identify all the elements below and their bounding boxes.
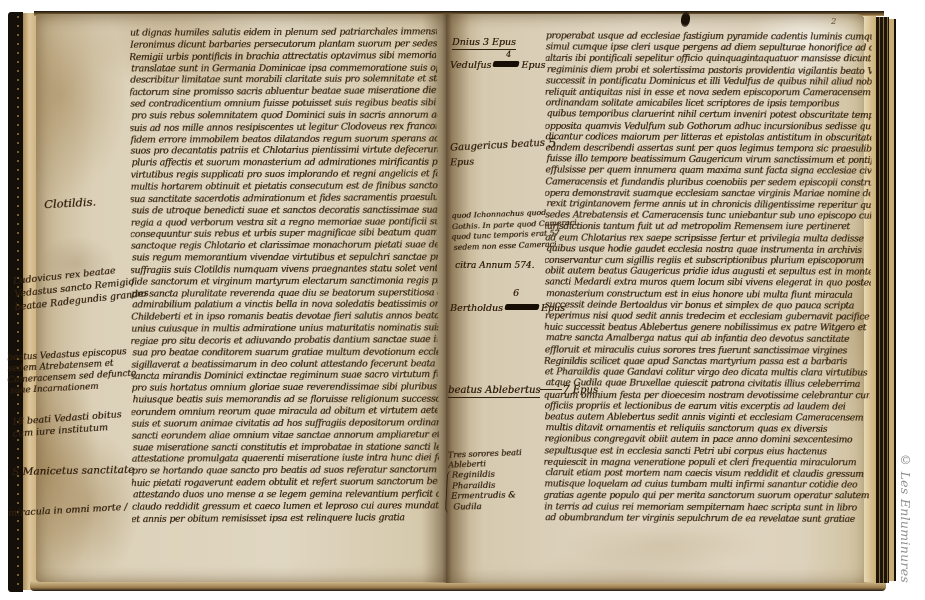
manuscript-line: suis ad nos mille annos resipiscentes ut…	[130, 121, 436, 135]
manuscript-line: iurisdictionis tantum fuit ut ad metropo…	[544, 221, 870, 232]
manuscript-line: eorundem omnium reorum quae miracula ad …	[131, 405, 438, 419]
manuscript-line: regionibus congregavit obiit autem in pa…	[544, 434, 870, 446]
fore-edge-page-block	[876, 17, 889, 583]
manuscript-line: Cameracensis et fundandis pluribus coeno…	[545, 176, 871, 188]
gutter-note-dominicus: Dnius 3 Epus	[452, 37, 516, 50]
ink-smear-bar	[504, 304, 539, 310]
gutter-note-vedulfus-name: Vedulfus	[450, 60, 491, 71]
manuscript-line: sua sanctitate sacerdotis admirationum e…	[130, 192, 437, 206]
manuscript-line: rexit trigintanovem ferme annis ut in ch…	[546, 198, 872, 211]
manuscript-line: atque Gudila quae Bruxellae quiescit pat…	[546, 377, 872, 390]
gutter-note-number-6: 6	[513, 288, 519, 299]
gutter-note-sisters-list: ReginildisPharaildisErmentrudis &Gudila	[452, 469, 517, 512]
manuscript-line: pro suis rebus solemnitatem quod Dominic…	[131, 110, 438, 123]
gutter-note-number-4: 4	[506, 50, 511, 59]
fore-edge-cover	[889, 19, 896, 581]
manuscript-line: Remigii urbis pontificis in brachia attr…	[130, 50, 436, 64]
gutter-note-gaugericus-title: Epus	[450, 157, 474, 169]
manuscript-line: claruit etiam post mortem nam caecis vis…	[545, 467, 871, 480]
manuscript-line: requiescit in magna veneratione populi e…	[544, 457, 869, 468]
manuscript-line: opposita quamvis Vedulfum sub Gothorum a…	[545, 120, 871, 131]
gutter-note-ablebertus-name: beatus Ablebertus	[448, 385, 540, 398]
manuscript-line: fide sanctorum et virginum martyrum elec…	[131, 275, 438, 288]
manuscript-line: quarum omnium festa per dioecesim nostra…	[544, 389, 869, 400]
manuscript-line: conservantur cum sigillis regiis et subs…	[544, 255, 870, 266]
manuscript-line: multis ditavit ornamentis et reliquiis s…	[545, 422, 871, 435]
manuscript-line: effulsisse per quem innumera quam maxima…	[545, 165, 871, 177]
manuscript-line: ad obumbrandum ter virginis sepulchrum d…	[545, 512, 871, 525]
right-page-text-block: properabat usque ad ecclesiae fastigium …	[544, 30, 872, 527]
manuscript-line: sua pro beatae conditorem suarum gratiae…	[132, 346, 439, 359]
margin-note-manicetus: S Manicetus sanctitate	[12, 464, 134, 478]
photo-canvas: ut dignas humiles salutis eidem in plenu…	[0, 0, 925, 600]
manuscript-line: effloruit et miraculis cuius sorores tre…	[545, 344, 871, 356]
manuscript-line: fuisse illo tempore beatissimum Gaugeric…	[546, 153, 871, 166]
gutter-note-vedulfus: VedulfusEpus	[450, 60, 545, 71]
manuscript-line: reliquit antiquitas nisi in esse et nova…	[545, 87, 871, 98]
manuscript-line: quibus temporibus claruerint nihil certu…	[547, 109, 872, 122]
folio-number: 2	[831, 17, 836, 27]
manuscript-line: suis de utroque benedicti suae et sancto…	[132, 204, 439, 217]
left-page-text-block: ut dignas humiles salutis eidem in plenu…	[130, 26, 439, 529]
margin-note-vedastus: beatus Vedastus episcopussedem Atrebaten…	[7, 347, 138, 398]
manuscript-line: successit in pontificatu Dominicus et il…	[546, 75, 872, 87]
manuscript-line: factorum sine promisso sacris abluentur …	[130, 85, 436, 99]
margin-note-clotildis: Clotildis.	[44, 195, 97, 212]
manuscript-line: gratias agente populo qui per merita san…	[544, 490, 869, 501]
ink-smear-bar	[493, 61, 520, 67]
manuscript-line: altaris ibi pontificali sepelitur offici…	[545, 53, 871, 64]
manuscript-line: suffragiis suis Clotildis numquam vivens…	[130, 263, 437, 277]
manuscript-line: sancti eorundem aliae omnium vitae sanct…	[132, 429, 439, 442]
manuscript-line: suae miseratione sancti constitutis et i…	[133, 441, 439, 454]
manuscript-line: attestando duos uno mense a se legem gem…	[133, 489, 439, 502]
manuscript-line: translatae sunt in Germania Dominicae ip…	[131, 62, 438, 75]
manuscript-line: Reginildis scilicet quae apud Sanctas ma…	[544, 356, 870, 367]
manuscript-line: regiae pro situ decoris et adiuvando pro…	[130, 334, 437, 348]
manuscript-line: regiminis diem probi et solertissima pas…	[547, 64, 872, 77]
manuscript-line: admirabilium palatium a vinctis bella in…	[132, 299, 439, 312]
manuscript-line: pluris affectis et suorum monasterium ad…	[131, 157, 438, 170]
manuscript-line: sed contradicentium omnium fuisse potuis…	[130, 97, 437, 110]
manuscript-line: suis et suorum animae civitatis ad hos s…	[132, 417, 439, 430]
gutter-note-vedulfus-title: Epus	[521, 60, 545, 71]
gutter-note-gaugericus-name: Gaugericus beatus	[450, 138, 545, 154]
manuscript-line: et annis per obitum remisisset ipsa est …	[131, 512, 438, 526]
manuscript-line: sepultusque est in ecclesia sancti Petri…	[544, 445, 870, 457]
manuscript-line: Ermentrudis &	[451, 490, 516, 502]
manuscript-line: sanctoque regis Chlotario et clarissimae…	[131, 240, 438, 253]
gutter-note-annum-574: citra Annum 574.	[455, 261, 534, 271]
manuscript-line: monasterium constructum est in eius hono…	[546, 288, 872, 301]
gutter-note-bertholdus-name: Bertholdus	[450, 303, 503, 314]
photo-credit: © Les Enluminures	[898, 452, 913, 592]
manuscript-line: Gudila	[453, 501, 518, 512]
gutter-note-tres-sorores: Tres sorores beati Ableberti	[448, 447, 545, 469]
